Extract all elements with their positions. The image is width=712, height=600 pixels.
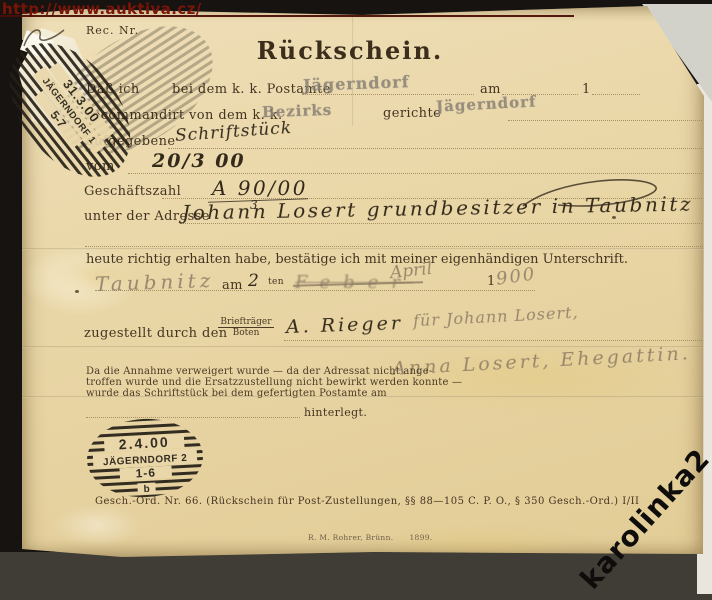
fold-crease <box>352 6 354 126</box>
document-title: Rückschein. <box>225 36 475 65</box>
handwriting-flourish-icon <box>518 174 668 218</box>
dotted-line <box>95 290 535 291</box>
stamp-impression-dept: Bezirks <box>262 101 333 121</box>
fold-crease <box>22 248 704 250</box>
dotted-line <box>85 246 703 247</box>
carrier-fraction: Briefträger Boten <box>218 317 274 338</box>
printer-imprint: R. M. Rohrer, Brünn. 1899. <box>308 533 432 542</box>
dotted-line <box>284 340 702 341</box>
dotted-line <box>592 94 640 95</box>
postmark-stamp-bottom: 2.4.00 JÄGERNDORF 2 1-6 b <box>84 418 208 502</box>
hinterlegt-label: hinterlegt. <box>304 406 367 419</box>
dotted-line <box>168 148 702 149</box>
dotted-line <box>180 223 702 224</box>
date-ten-label: ten <box>268 277 284 287</box>
date-year-digit: 1 <box>487 274 496 289</box>
dotted-line <box>508 120 702 121</box>
carrier-top-label: Briefträger <box>218 317 274 327</box>
form-line2-text2: gerichte <box>383 106 441 121</box>
stamp-impression-place: Jägerndorf <box>303 72 410 95</box>
postmark-bottom-date: 2.4.00 <box>118 434 170 453</box>
paragraph-line: wurde das Schriftstück bei dem gefertigt… <box>86 388 376 399</box>
carrier-bottom-label: Boten <box>218 328 274 338</box>
paper-stain <box>52 504 142 546</box>
watermark-underline <box>0 15 574 17</box>
dotted-line <box>302 94 474 95</box>
footer-regulation-line: Gesch.-Ord. Nr. 66. (Rückschein für Post… <box>95 496 639 507</box>
paper-speck <box>75 290 79 293</box>
handwriting-day: 2 <box>248 271 259 291</box>
handwriting-carrier-name: A. Rieger <box>286 312 404 338</box>
handwriting-place: Taubnitz <box>95 268 215 296</box>
form-line1-year-digit: 1 <box>582 82 591 97</box>
paragraph-line: Da die Annahme verweigert wurde — da der… <box>86 366 376 377</box>
paragraph-line: troffen wurde und die Ersatzzustellung n… <box>86 377 376 388</box>
delivery-label: zugestellt durch den <box>84 326 228 341</box>
conditions-paragraph: Da die Annahme verweigert wurde — da der… <box>86 366 376 399</box>
postmark-stamp-top: 31.3.00 JÄGERNDORF 1 5-7 <box>8 18 243 188</box>
confirmation-sentence: heute richtig erhalten habe, bestätige i… <box>86 252 628 267</box>
postmark-bottom-hours: 1-6 <box>135 465 156 480</box>
postmark-bottom-index: b <box>143 484 150 495</box>
